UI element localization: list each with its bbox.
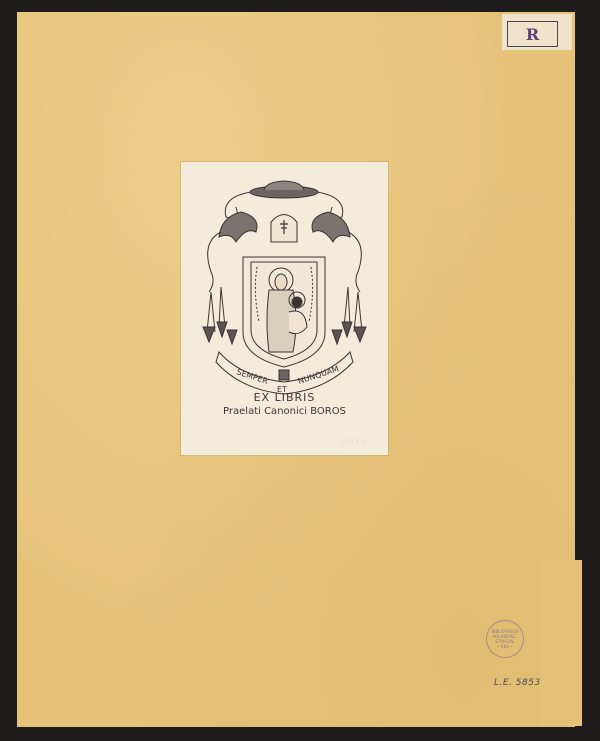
- paper-edge-extension: [540, 560, 582, 726]
- ex-libris-title: EX LIBRIS: [181, 391, 388, 404]
- coat-of-arms-icon: SEMPER ET NUNQUAM: [181, 162, 388, 402]
- bookplate-card: SEMPER ET NUNQUAM EX LIBRIS Praelati Can…: [181, 162, 388, 455]
- bookplate-owner: Praelati Canonici BOROS: [181, 406, 388, 417]
- faint-pencil-number: 0133 2: [341, 438, 366, 446]
- stamp-line: • REG •: [497, 644, 513, 649]
- shelf-label-letter: R: [507, 21, 558, 47]
- accession-number: L.E. 5853: [494, 678, 541, 688]
- library-stamp: BIBLIOTHECA ARCHIEPISC. STRIGON. • REG •: [486, 620, 524, 658]
